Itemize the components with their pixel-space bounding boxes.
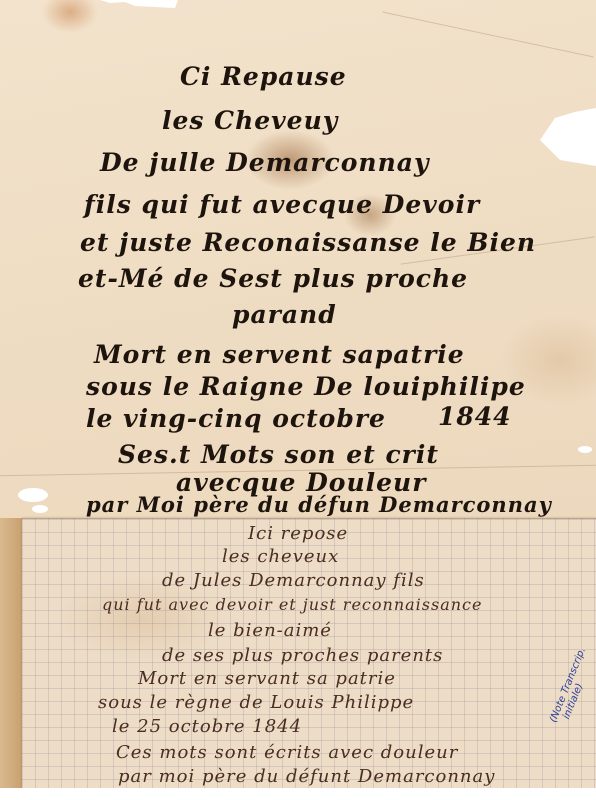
- original-line: sous le Raigne De louiphilipe: [86, 372, 526, 401]
- transcription-line: de ses plus proches parents: [162, 645, 443, 666]
- paper-tear: [578, 446, 592, 453]
- paper-tear: [32, 505, 48, 513]
- scan-margin: [0, 788, 596, 800]
- transcription-line: qui fut avec devoir et just reconnaissan…: [102, 595, 482, 614]
- original-line: Ses.t Mots son et crit: [118, 440, 439, 469]
- transcription-line: les cheveux: [222, 546, 339, 567]
- transcription-line: le 25 octobre 1844: [112, 716, 302, 737]
- transcription-line: Ici repose: [248, 523, 348, 544]
- transcription-line: Mort en servant sa patrie: [138, 668, 396, 689]
- original-line: De julle Demarconnay: [100, 148, 430, 177]
- transcription-line: de Jules Demarconnay fils: [162, 570, 425, 591]
- old-paper-edge: [0, 518, 22, 798]
- paper-tear: [18, 488, 48, 502]
- original-line: parand: [232, 300, 337, 329]
- transcription-line: par moi père du défunt Demarconnay: [118, 766, 495, 787]
- transcription-line: Ces mots sont écrits avec douleur: [116, 742, 458, 763]
- original-line: par Moi père du défun Demarconnay: [86, 492, 552, 517]
- original-line: Ci Repause: [180, 62, 347, 91]
- original-line: les Cheveuy: [162, 106, 338, 135]
- transcription-line: le bien-aimé: [208, 620, 332, 641]
- transcription-line: sous le règne de Louis Philippe: [98, 692, 414, 713]
- original-line: et-Mé de Sest plus proche: [78, 264, 468, 293]
- original-year: 1844: [438, 402, 512, 431]
- original-line: et juste Reconaissanse le Bien: [80, 228, 536, 257]
- original-line: le ving-cinq octobre: [86, 404, 386, 433]
- original-line: Mort en servent sapatrie: [94, 340, 465, 369]
- original-line: fils qui fut avecque Devoir: [84, 190, 480, 219]
